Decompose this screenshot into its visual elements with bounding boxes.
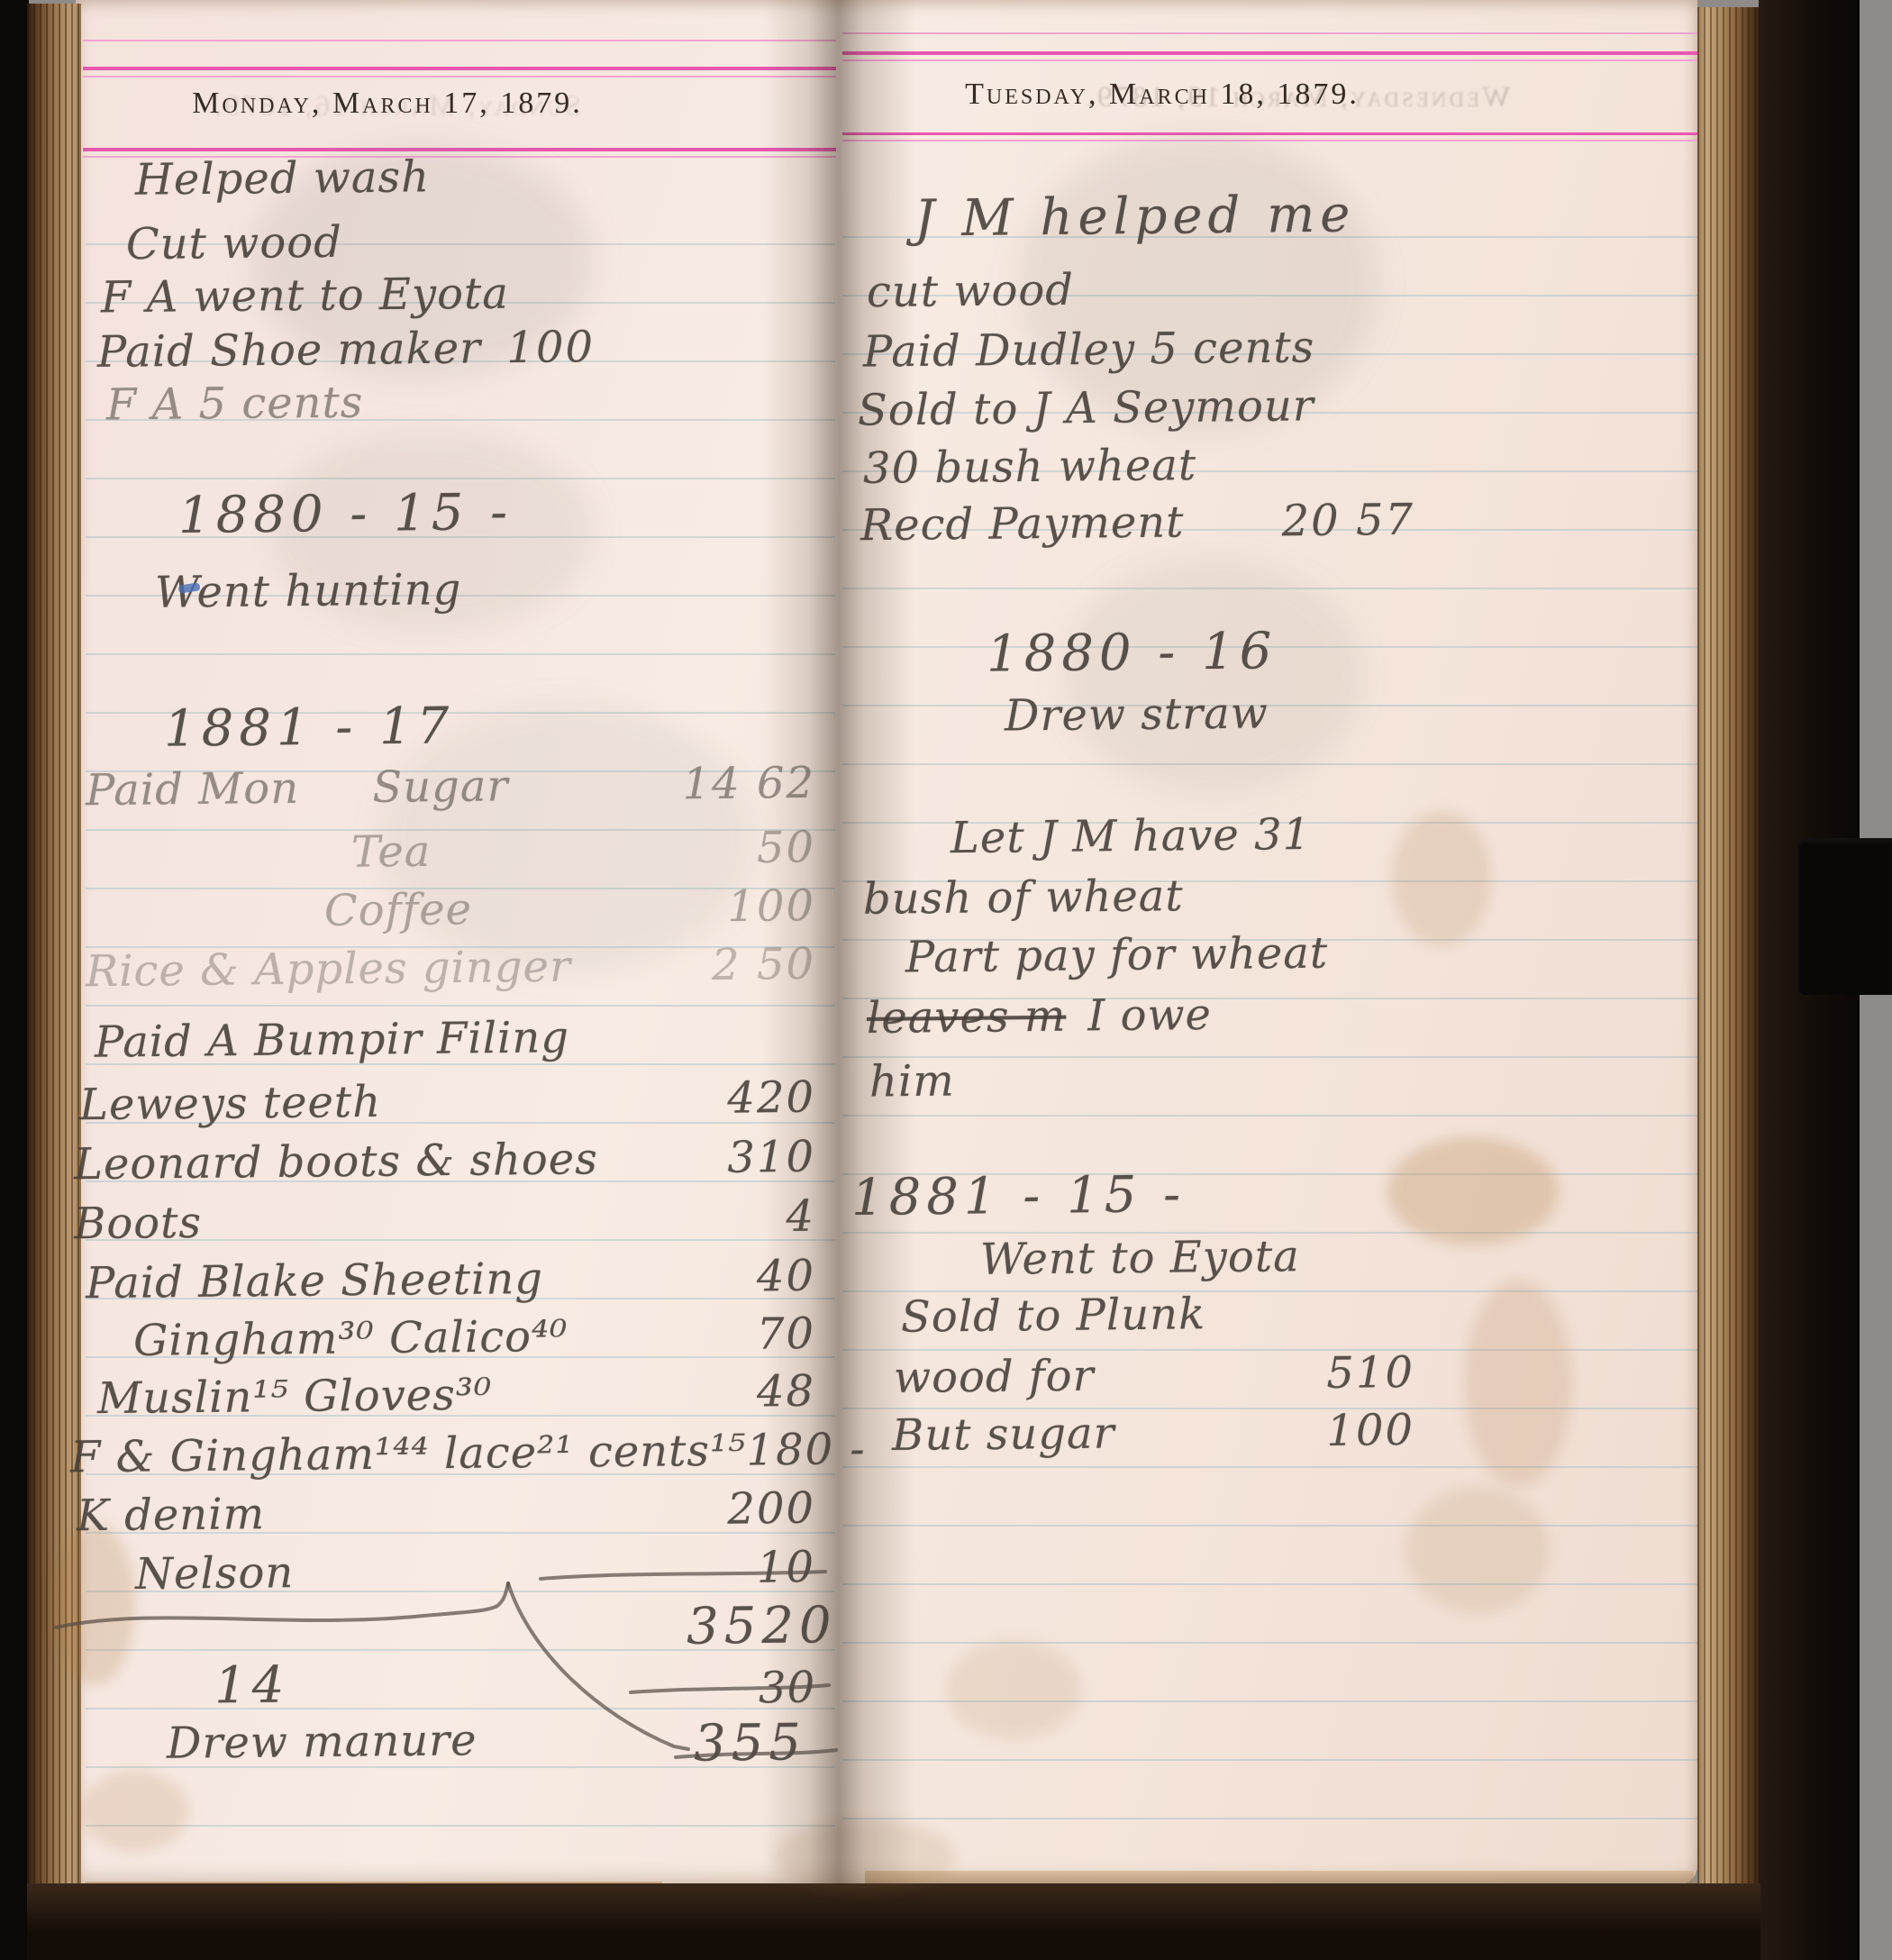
scan-left-border [0, 0, 29, 1960]
book-clasp-strap [1798, 838, 1892, 995]
pink-rule [83, 40, 836, 41]
diary-entry: 30 bush wheat [863, 440, 1197, 494]
diary-entry: Sold to Plunk [901, 1289, 1206, 1343]
book-bottom-shadow [27, 1883, 1760, 1960]
entry-amount: 10 [757, 1542, 816, 1593]
diary-entry: Let J M have 31 [951, 809, 1312, 863]
entry-amount: 100 [727, 880, 815, 932]
diary-entry: Paid Mon Sugar14 62 [86, 758, 816, 816]
page-header-right: Tuesday, March 18, 1879. [937, 77, 1387, 112]
pink-rule [842, 132, 1697, 135]
pink-rule [842, 59, 1697, 61]
diary-entry: leaves mI owe [867, 989, 1212, 1044]
diary-scan: Sunday, March 16, 1879. Wednesday, March… [0, 0, 1892, 1960]
diary-entry: Cut wood [126, 217, 342, 270]
entry-amount: 14 62 [682, 758, 815, 810]
diary-entry: 1880 - 16 [987, 622, 1278, 683]
stain [81, 1771, 189, 1852]
diary-entry: K denim200 [77, 1483, 816, 1542]
total-carry: 30 [759, 1663, 816, 1714]
footer-note: Drew manure [167, 1715, 478, 1769]
diary-entry: wood for510 [894, 1347, 1415, 1403]
diary-entry: 1881 - 15 - [851, 1165, 1187, 1227]
pink-rule [842, 51, 1697, 55]
page-header-left: Monday, March 17, 1879. [162, 87, 613, 121]
entry-amount: 4 [786, 1191, 815, 1242]
diary-entry: 1881 - 17 [164, 697, 455, 758]
diary-entry: F A went to Eyota [101, 269, 509, 324]
entry-amount: 48 [757, 1366, 816, 1418]
entry-amount: 70 [757, 1308, 816, 1360]
diary-entry: Leonard boots & shoes310 [74, 1132, 816, 1190]
diary-entry: Helped wash [135, 151, 431, 205]
diary-entry: Boots4 [74, 1191, 816, 1250]
entry-amount: 510 [1326, 1347, 1414, 1399]
entry-amount: 100 [506, 322, 595, 373]
diary-entry: cut wood [867, 265, 1075, 317]
diary-entry: But sugar100 [892, 1405, 1415, 1461]
diary-entry: Paid Shoe maker100 [97, 322, 596, 378]
entry-amount: 200 [727, 1483, 815, 1535]
entry-amount: 20 57 [1281, 495, 1414, 547]
stain [1392, 811, 1491, 946]
struck-text: leaves m [867, 991, 1067, 1044]
diary-entry: Recd Payment20 57 [860, 495, 1415, 551]
stain [54, 1523, 135, 1685]
diary-entry: Part pay for wheat [905, 928, 1329, 983]
entry-amount: 310 [727, 1132, 815, 1183]
diary-entry: him [869, 1056, 955, 1108]
diary-entry: Sold to J A Seymour [858, 380, 1314, 435]
diary-entry: Paid Blake Sheeting40 [86, 1251, 816, 1308]
stain [946, 1640, 1081, 1739]
stain [1405, 1487, 1550, 1613]
entry-amount: 2 50 [712, 939, 815, 990]
diary-entry: Rice & Apples ginger2 50 [86, 939, 816, 997]
total-final: 355 [694, 1713, 807, 1773]
entry-amount: 420 [727, 1072, 815, 1124]
diary-entry: F & Gingham¹⁴⁴ lace²¹ cents¹⁵180 - [70, 1425, 834, 1483]
pink-rule [842, 32, 1697, 34]
diary-entry: Paid Dudley 5 cents [863, 322, 1315, 377]
diary-entry: Muslin¹⁵ Gloves³⁰48 [97, 1366, 816, 1424]
diary-entry: bush of wheat [863, 871, 1184, 925]
total-sum: 3520 [687, 1596, 837, 1656]
diary-entry: Leweys teeth420 [79, 1072, 816, 1131]
diary-entry: F A 5 cents [106, 378, 364, 431]
page-edges-right [1697, 7, 1759, 1952]
diary-entry: Tea50 [351, 822, 816, 877]
diary-entry: Went to Eyota [980, 1231, 1300, 1285]
diary-entry: 1880 - 15 - [178, 483, 514, 545]
stain [1387, 1137, 1559, 1245]
entry-amount: 100 [1326, 1405, 1414, 1456]
diary-entry: Coffee100 [324, 880, 816, 936]
stain [1464, 1280, 1572, 1487]
diary-entry: Nelson10 [135, 1542, 816, 1600]
diary-entry: J M helped me [914, 185, 1356, 248]
entry-amount: 50 [757, 822, 816, 873]
pink-rule [83, 67, 836, 70]
diary-entry: Went hunting [155, 564, 462, 618]
pink-rule [83, 76, 836, 77]
footer-count: 14 [214, 1656, 290, 1716]
entry-amount: 40 [757, 1251, 816, 1302]
entry-amount: 180 - [746, 1424, 867, 1475]
diary-entry: Gingham³⁰ Calico⁴⁰70 [133, 1308, 816, 1366]
diary-entry: Paid A Bumpir Filing [95, 1012, 570, 1068]
pink-rule [842, 140, 1697, 141]
diary-entry: Drew straw [1005, 688, 1269, 741]
